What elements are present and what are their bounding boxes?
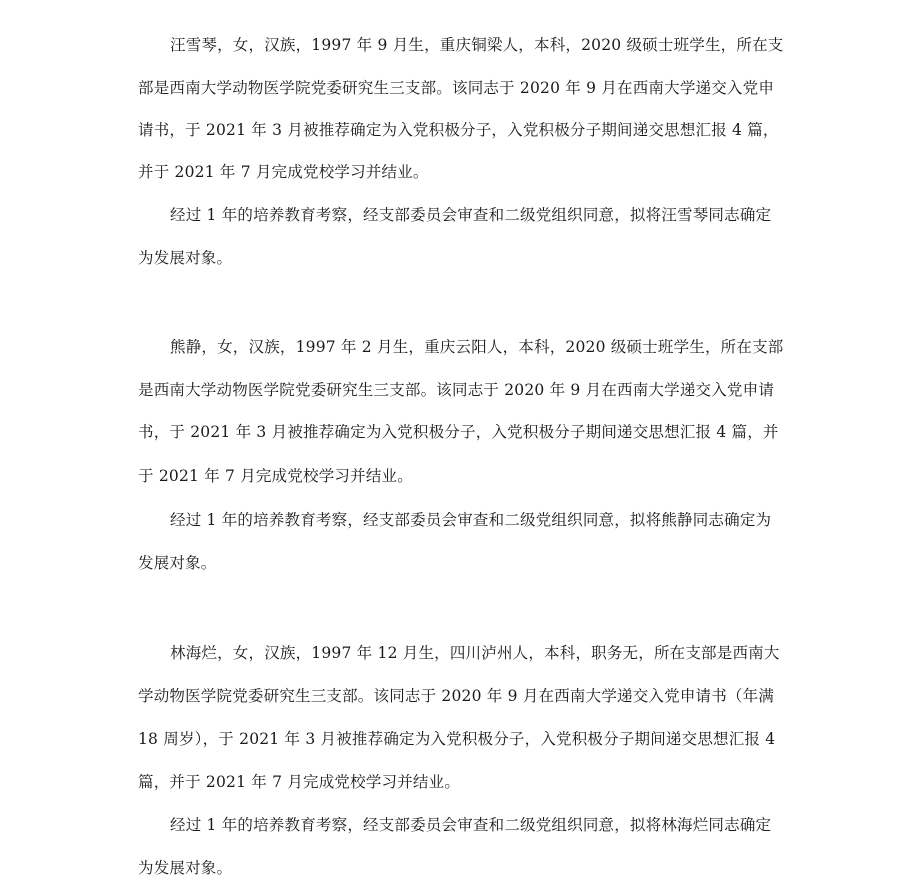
paragraph-line: 18 周岁），于 2021 年 3 月被推荐确定为入党积极分子，入党积极分子期间… bbox=[138, 729, 798, 749]
paragraph-line: 于 2021 年 7 月完成党校学习并结业。 bbox=[138, 466, 798, 486]
conclusion-line: 经过 1 年的培养教育考察，经支部委员会审查和二级党组织同意，拟将汪雪琴同志确定 bbox=[170, 205, 830, 225]
paragraph-line: 林海烂，女，汉族，1997 年 12 月生，四川泸州人，本科，职务无，所在支部是… bbox=[170, 643, 830, 663]
document-page: 汪雪琴，女，汉族，1997 年 9 月生，重庆铜梁人，本科，2020 级硕士班学… bbox=[0, 0, 923, 887]
conclusion-line: 经过 1 年的培养教育考察，经支部委员会审查和二级党组织同意，拟将林海烂同志确定 bbox=[170, 815, 830, 835]
paragraph-line: 汪雪琴，女，汉族，1997 年 9 月生，重庆铜梁人，本科，2020 级硕士班学… bbox=[170, 35, 830, 55]
conclusion-line: 为发展对象。 bbox=[138, 858, 798, 878]
conclusion-line: 发展对象。 bbox=[138, 553, 798, 573]
paragraph-line: 学动物医学院党委研究生三支部。该同志于 2020 年 9 月在西南大学递交入党申… bbox=[138, 686, 798, 706]
paragraph-line: 熊静，女，汉族，1997 年 2 月生，重庆云阳人，本科，2020 级硕士班学生… bbox=[170, 337, 830, 357]
paragraph-line: 是西南大学动物医学院党委研究生三支部。该同志于 2020 年 9 月在西南大学递… bbox=[138, 380, 798, 400]
paragraph-line: 部是西南大学动物医学院党委研究生三支部。该同志于 2020 年 9 月在西南大学… bbox=[138, 78, 798, 98]
paragraph-line: 请书，于 2021 年 3 月被推荐确定为入党积极分子，入党积极分子期间递交思想… bbox=[138, 120, 798, 140]
conclusion-line: 经过 1 年的培养教育考察，经支部委员会审查和二级党组织同意，拟将熊静同志确定为 bbox=[170, 510, 830, 530]
conclusion-line: 为发展对象。 bbox=[138, 248, 798, 268]
paragraph-line: 书，于 2021 年 3 月被推荐确定为入党积极分子，入党积极分子期间递交思想汇… bbox=[138, 422, 798, 442]
paragraph-line: 篇，并于 2021 年 7 月完成党校学习并结业。 bbox=[138, 772, 798, 792]
paragraph-line: 并于 2021 年 7 月完成党校学习并结业。 bbox=[138, 162, 798, 182]
